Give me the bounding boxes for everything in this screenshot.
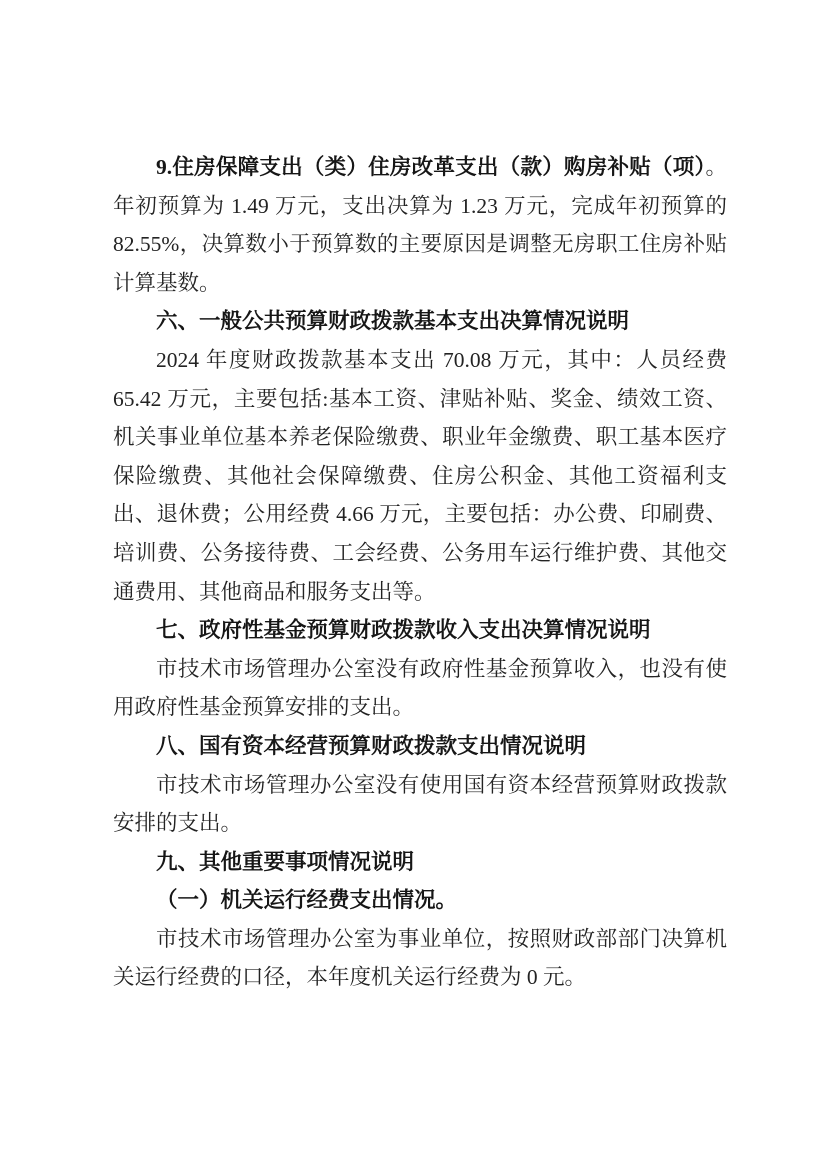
paragraph: 市技术市场管理办公室没有使用国有资本经营预算财政拨款安排的支出。 [113,766,727,843]
paragraph: 9.住房保障支出（类）住房改革支出（款）购房补贴（项）。年初预算为 1.49 万… [113,148,727,302]
section-heading: 八、国有资本经营预算财政拨款支出情况说明 [113,727,727,766]
bold-text-run: （一）机关运行经费支出情况。 [156,888,457,912]
paragraph: 市技术市场管理办公室为事业单位，按照财政部部门决算机关运行经费的口径，本年度机关… [113,920,727,997]
document-body: 9.住房保障支出（类）住房改革支出（款）购房补贴（项）。年初预算为 1.49 万… [113,148,727,997]
bold-text-run: 九、其他重要事项情况说明 [156,850,414,874]
text-run: 市技术市场管理办公室为事业单位，按照财政部部门决算机关运行经费的口径，本年度机关… [113,927,727,990]
document-page: 9.住房保障支出（类）住房改革支出（款）购房补贴（项）。年初预算为 1.49 万… [0,0,826,1169]
bold-text-run: 六、一般公共预算财政拨款基本支出决算情况说明 [156,309,629,333]
text-run: 2024 年度财政拨款基本支出 70.08 万元，其中：人员经费 65.42 万… [113,348,727,604]
paragraph: 2024 年度财政拨款基本支出 70.08 万元，其中：人员经费 65.42 万… [113,341,727,611]
section-heading: 七、政府性基金预算财政拨款收入支出决算情况说明 [113,611,727,650]
bold-text-run: 八、国有资本经营预算财政拨款支出情况说明 [156,734,586,758]
section-heading: （一）机关运行经费支出情况。 [113,881,727,920]
section-heading: 九、其他重要事项情况说明 [113,843,727,882]
bold-text-run: 七、政府性基金预算财政拨款收入支出决算情况说明 [156,618,651,642]
text-run: 市技术市场管理办公室没有使用国有资本经营预算财政拨款安排的支出。 [113,773,727,836]
bold-text-run: 9.住房保障支出（类）住房改革支出（款）购房补贴（项） [156,155,705,179]
section-heading: 六、一般公共预算财政拨款基本支出决算情况说明 [113,302,727,341]
text-run: 市技术市场管理办公室没有政府性基金预算收入，也没有使用政府性基金预算安排的支出。 [113,657,727,720]
paragraph: 市技术市场管理办公室没有政府性基金预算收入，也没有使用政府性基金预算安排的支出。 [113,650,727,727]
